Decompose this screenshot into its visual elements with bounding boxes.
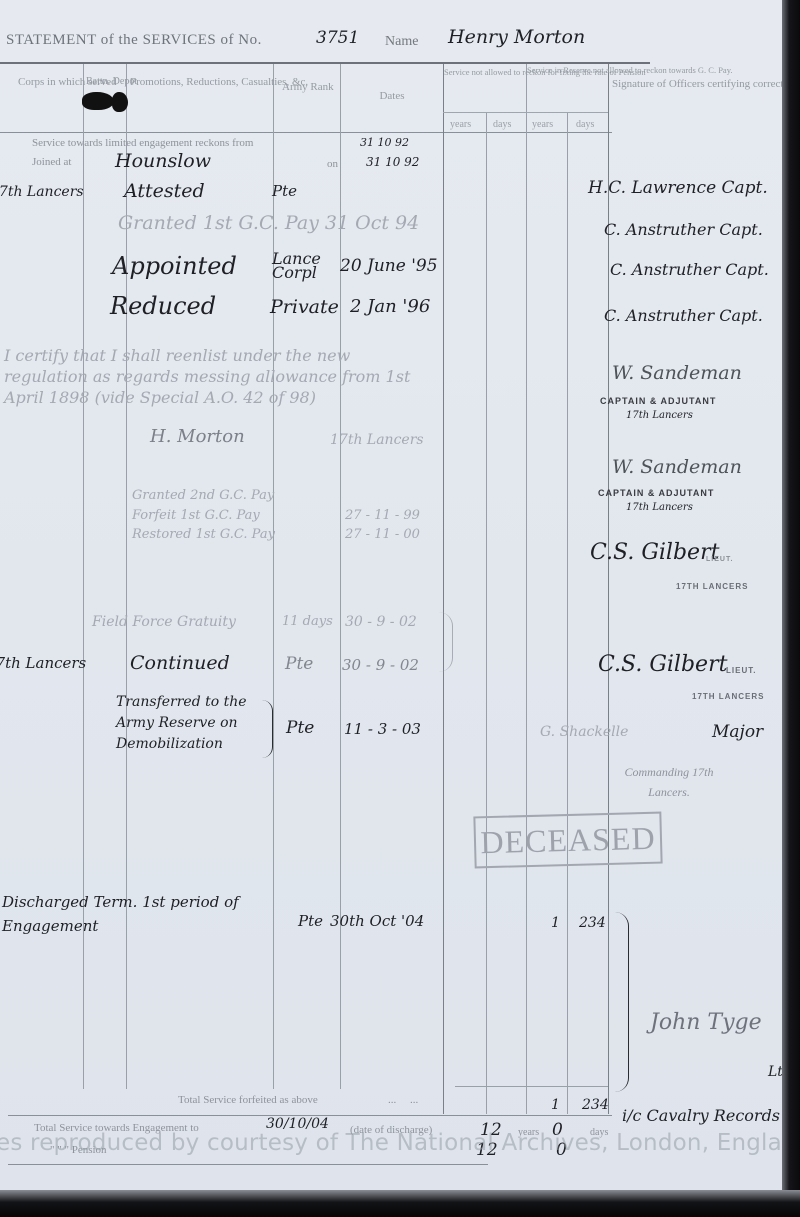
officer-signature: G. Shackelle	[540, 724, 628, 740]
entry-rank: Lance Corpl	[272, 252, 332, 280]
col-divider	[526, 64, 527, 1114]
entry-event: Restored 1st G.C. Pay	[132, 527, 275, 542]
title-prefix: STATEMENT of the SERVICES of No.	[6, 32, 262, 48]
col-header-army-rank: Army Rank	[282, 76, 330, 98]
col-divider	[443, 64, 444, 1114]
totals-rule	[455, 1086, 608, 1087]
entry-rank: Pte	[298, 912, 323, 930]
officer-stamp: LIEUT.	[706, 556, 733, 563]
entry-signature-morton: H. Morton	[150, 426, 245, 447]
officer-stamp: CAPTAIN & ADJUTANT	[598, 488, 714, 498]
officer-signature: H.C. Lawrence Capt.	[588, 178, 768, 198]
col-header-signature: Signature of Officers certifying correct…	[612, 78, 742, 90]
name-label: Name	[385, 34, 418, 50]
col-header-dates: Dates	[342, 90, 442, 102]
entry-date: 2 Jan '96	[350, 296, 430, 317]
officer-unit: 17th Lancers	[626, 410, 693, 421]
col-header-reserve: Service in Reserve not allowed to reckon…	[527, 66, 607, 76]
subheader-days: days	[576, 119, 594, 130]
service-number: 3751	[316, 28, 359, 48]
entry-event: Field Force Gratuity	[92, 614, 236, 630]
col-header-promotions: Promotions, Reductions, Casualties, &c.	[130, 76, 272, 88]
entry-unit: 17th Lancers	[330, 432, 420, 448]
forfeited-years: 1	[551, 1097, 560, 1113]
entry-certification: I certify that I shall reenlist under th…	[4, 345, 434, 408]
officer-unit: 17th Lancers	[626, 502, 693, 513]
officer-signature: C. Anstruther Capt.	[604, 220, 763, 239]
subheader-years: years	[532, 119, 553, 130]
name-value: Henry Morton	[448, 26, 585, 48]
entry-event: Transferred to the Army Reserve on Demob…	[116, 692, 276, 755]
entry-date: 30 - 9 - 02	[342, 656, 419, 674]
col-divider	[567, 112, 568, 1114]
entry-rank: Private	[270, 296, 339, 318]
entry-rank: Pte	[285, 654, 313, 674]
entry-date: 20 June '95	[340, 256, 438, 276]
officer-unit: Commanding 17th Lancers.	[604, 762, 734, 802]
totals-bottom-rule	[8, 1164, 488, 1165]
ink-blot	[112, 92, 128, 112]
entry-date: 30th Oct '04	[330, 912, 424, 930]
officer-signature: W. Sandeman	[612, 362, 742, 384]
forfeited-days: 234	[582, 1097, 609, 1113]
document-title: STATEMENT of the SERVICES of No.	[6, 32, 262, 49]
bracket	[436, 612, 453, 672]
col-divider	[486, 112, 487, 1114]
officer-signature: C. Anstruther Capt.	[610, 260, 769, 279]
header-top-rule	[0, 62, 650, 64]
entry-rank: Pte	[272, 182, 297, 200]
deceased-stamp: DECEASED	[473, 812, 662, 869]
col-header-corps: Corps in which served	[18, 76, 78, 88]
entry-reserve-years: 1	[551, 915, 560, 931]
entry-event: Appointed	[112, 252, 237, 280]
records-signature: John Tyge	[650, 1010, 762, 1035]
entry-corps: 17th Lancers	[0, 654, 86, 672]
entry-reserve-days: 234	[579, 915, 606, 931]
reckons-date: 31 10 92	[360, 136, 409, 149]
officer-stamp: LIEUT.	[726, 666, 756, 675]
officer-stamp: Major	[712, 722, 763, 742]
entry-date: 11 - 3 - 03	[344, 720, 421, 738]
forfeited-dots: ... ...	[388, 1094, 418, 1106]
records-office: i/c Cavalry Records	[622, 1106, 780, 1125]
entry-corps: 17th Lancers	[0, 184, 84, 200]
officer-signature: C.S. Gilbert	[590, 540, 719, 565]
subheader-days: days	[493, 119, 511, 130]
entry-date: 27 - 11 - 00	[345, 527, 420, 542]
photo-frame-edge	[782, 0, 800, 1217]
entry-date: 30 - 9 - 02	[345, 614, 417, 630]
joined-place: Hounslow	[115, 150, 211, 172]
service-record-page: STATEMENT of the SERVICES of No. 3751 Na…	[0, 0, 782, 1190]
joined-at-label: Joined at	[32, 156, 71, 168]
entry-event: Reduced	[110, 292, 216, 320]
entry-event: Forfeit 1st G.C. Pay	[132, 508, 260, 523]
bracket	[612, 912, 629, 1092]
entry-rank: 11 days	[282, 614, 333, 629]
forfeited-label: Total Service forfeited as above	[178, 1094, 318, 1106]
entry-event: Attested	[124, 180, 205, 202]
entry-event: Discharged Term. 1st period of Engagemen…	[2, 890, 282, 938]
reckons-label: Service towards limited engagement recko…	[32, 137, 253, 149]
officer-signature: C. Anstruther Capt.	[604, 306, 763, 325]
header-bottom-rule	[0, 132, 612, 133]
subheader-years: years	[450, 119, 471, 130]
entry-event: Granted 1st G.C. Pay 31 Oct 94	[118, 212, 419, 234]
col-header-battn: Battn. Depot	[86, 76, 124, 88]
officer-signature: W. Sandeman	[612, 456, 742, 478]
entry-date: 27 - 11 - 99	[345, 508, 420, 523]
officer-unit: 17TH LANCERS	[676, 582, 748, 591]
officer-unit: 17TH LANCERS	[692, 692, 764, 701]
on-label: on	[327, 158, 338, 170]
entry-event: Granted 2nd G.C. Pay	[132, 488, 274, 503]
subheader-rule	[443, 112, 608, 113]
entry-rank: Pte	[286, 718, 314, 738]
entry-event: Continued	[130, 652, 230, 674]
officer-signature: C.S. Gilbert	[598, 652, 727, 677]
joined-date: 31 10 92	[366, 155, 419, 169]
officer-stamp: CAPTAIN & ADJUTANT	[600, 396, 716, 406]
col-header-service-not-allowed: Service not allowed to reckon for fixing…	[444, 68, 526, 78]
ink-blot	[82, 92, 114, 110]
bracket	[262, 700, 273, 758]
photo-frame-edge	[0, 1190, 800, 1217]
archive-watermark: es reproduced by courtesy of The Nationa…	[0, 1130, 800, 1156]
